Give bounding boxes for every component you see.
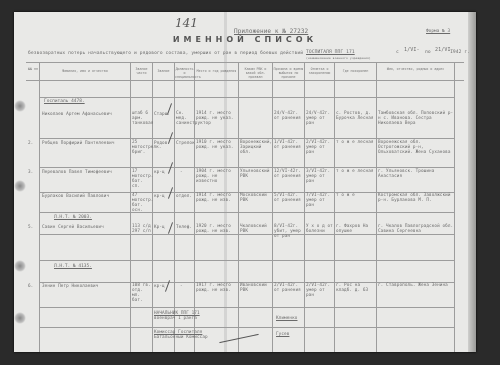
cell-number: 5.	[28, 225, 33, 230]
cell-name: Рябцев Порфирий Пантелеевич	[42, 141, 115, 146]
cell-kin: г. Ставрополь. Жена Зенина	[378, 283, 454, 288]
cell-role: отдел.	[176, 194, 192, 199]
cell-burial: 3/VI-42г. умер от ран	[306, 169, 334, 184]
row-rule	[39, 327, 454, 328]
cell-kin: г. Ульяновск. Трошина Анастасия	[378, 169, 454, 179]
table-top-rule	[26, 62, 464, 63]
punch-hole-mark	[14, 312, 26, 324]
col-divider	[304, 62, 305, 352]
cell-name: Перевалов Павел Тимофеевич	[42, 170, 112, 175]
cell-unit: 113 с/д 297 с/п	[132, 224, 152, 234]
cell-rvk: Воронежский, Зарицкий обл.	[240, 140, 272, 155]
cell-cause: 2/VI-42г. от ранения	[274, 283, 304, 293]
col-divider	[334, 62, 335, 352]
cell-cause: 12/VI-42г. от ранения	[274, 169, 304, 179]
document-title: ИМЕННОЙ СПИСОК	[14, 35, 476, 44]
unit-name: ТОСПИТАЛЯ ППГ 171	[306, 50, 355, 55]
signature-name: Гусев	[276, 332, 289, 337]
cell-role: -	[180, 170, 183, 175]
row-rule	[39, 260, 454, 261]
col-header-rvk: Каким РВК и какой обл. призван	[239, 67, 272, 79]
cell-burial: 2/VI-42г. умер от ран	[306, 283, 334, 298]
col-divider	[39, 62, 40, 352]
cell-kin: Тамбовская обл. Поповский р-н с. Иванова…	[378, 111, 454, 126]
document-subtitle: безвозвратных потерь начальствующего и р…	[28, 51, 303, 56]
col-divider	[238, 62, 239, 352]
page-edge	[468, 12, 476, 352]
page-number: 141	[175, 16, 198, 30]
cell-birth: 1910 г. место рожд. не указ.	[196, 140, 238, 150]
row-rule	[39, 138, 454, 139]
section-heading: Л.Н.Т. № 4135.	[54, 264, 92, 269]
cell-place: г. Фахров На опушке	[336, 224, 376, 234]
cell-number: 3.	[28, 170, 33, 175]
cell-birth: 1904 г. место рожд. не известно	[196, 169, 238, 184]
stamp-label: Приложение к № 27232	[234, 29, 308, 34]
signature-rank: военврач 1 ранга	[154, 316, 197, 321]
date-from-prefix: с	[396, 50, 399, 55]
cell-birth: 1917 г. место рожд. не изв.	[196, 283, 238, 293]
header-rule	[26, 80, 464, 81]
cell-place: с. Ростов, д. Бурочка Лесная	[336, 111, 376, 121]
col-header-cause: Причина и время выбытия по причине	[273, 67, 304, 79]
cell-rank: кр-ц	[154, 194, 165, 199]
section-heading: Л.Н.Т. № 2003.	[54, 215, 92, 220]
check-mark	[168, 222, 173, 234]
cell-cause: 5/VI-42г. от ранения	[274, 193, 304, 203]
signature-rank: Батальонный Комиссар	[154, 335, 208, 340]
row-rule	[39, 307, 454, 308]
cell-unit: штаб 6 арм. танковая	[132, 111, 152, 126]
row-rule	[39, 167, 454, 168]
col-header-burial: Отметка о захоронении	[305, 67, 334, 75]
col-divider	[272, 62, 273, 352]
cell-role: -	[180, 284, 183, 289]
col-header-place: Где похоронен	[335, 69, 376, 73]
cell-birth: 1914 г. место рожд. не изв.	[196, 193, 238, 203]
cell-name: Николаев Артем Афанасьевич	[42, 112, 112, 117]
punch-hole-mark	[14, 180, 26, 192]
row-rule	[39, 212, 454, 213]
punch-hole-mark	[14, 260, 26, 272]
cell-cause: 1/VI-42г. от ранения	[274, 140, 304, 150]
cell-kin: Воронежская обл. Острогожский р-н, Ольхо…	[378, 140, 454, 155]
date-from: 1/VI-	[404, 48, 420, 53]
cell-name: Савин Сергей Васильевич	[42, 225, 104, 230]
cell-number: 6.	[28, 284, 33, 289]
cell-kin: Костромская обл. Заволжский р-н. Бурлако…	[378, 193, 454, 203]
col-header-role: Должность и специальность	[175, 67, 194, 79]
year: 1942 г.	[450, 50, 470, 55]
cell-unit: 108 гв. отд. мл. бат.	[132, 283, 152, 303]
col-header-number: №№ пп	[27, 67, 39, 71]
cell-rvk: Ульяновский РВК	[240, 169, 272, 179]
cell-birth: 1920 г. место рожд. не изв.	[196, 224, 238, 234]
col-header-unit: Звание части	[131, 67, 152, 75]
cell-place: т о ж е	[336, 193, 376, 198]
cell-rvk: Чкаловский РВК	[240, 224, 272, 234]
col-divider	[152, 62, 153, 352]
cell-place: т о ж е лесная	[336, 140, 376, 145]
check-mark	[168, 187, 173, 199]
cell-burial: 2/VI-42г. умер от ран	[306, 140, 334, 155]
cell-rank: кр-ц	[154, 170, 165, 175]
check-mark	[168, 162, 173, 174]
cell-kin: г. Чкалов Павлоградской обл. Савина Серг…	[378, 224, 454, 234]
col-divider	[454, 62, 455, 352]
cell-unit: 25 мотострелк. бриг.	[132, 140, 152, 155]
col-divider	[130, 62, 131, 352]
col-header-rank: Звание	[153, 69, 174, 73]
cell-rvk: Ивановский РВК	[240, 283, 272, 293]
cell-cause: 24/V-42г. от ранения	[274, 111, 304, 121]
unit-caption: (наименование военного учреждения)	[306, 56, 371, 61]
cell-unit: 47 мотостр. бат. осн.	[132, 193, 152, 213]
form-label: Форма № 3	[426, 29, 450, 34]
cell-cause: 8/VI-42г. убит, умер от ран	[274, 224, 304, 239]
col-header-kin: Имя, отчество, родных и адрес	[377, 67, 454, 71]
cell-name: Бурлаков Василий Павлович	[42, 194, 109, 199]
cell-rank: Кр-ц	[154, 225, 165, 230]
col-divider	[376, 62, 377, 352]
cell-name: Зенин Петр Николаевич	[42, 284, 98, 289]
cell-burial: 24/V-42г. умер от ран	[306, 111, 334, 126]
cell-role: Стрелок	[176, 141, 195, 146]
row-rule	[39, 97, 454, 98]
col-header-birth: Место и год рождения	[195, 69, 238, 73]
cell-number: 2.	[28, 141, 33, 146]
col-header-name: Фамилия, имя и отчество	[40, 69, 130, 73]
document-page: 141 Приложение к № 27232 Форма № 3 ИМЕНН…	[14, 12, 476, 352]
col-divider	[194, 62, 195, 352]
cell-place: т о ж е лесная	[336, 169, 376, 174]
cell-unit: 17 мотостр. бат. сп.	[132, 169, 152, 189]
cell-role: Телеф.	[176, 225, 192, 230]
cell-rvk: Московский РВК	[240, 193, 272, 203]
cell-birth: 1914 г. место рожд. не указ.	[196, 111, 238, 121]
cell-role: Сн. мед. санинструктор	[176, 111, 194, 126]
section-heading: Госпиталь 4478.	[44, 99, 85, 104]
date-to-prefix: по	[425, 50, 431, 55]
cell-place: г. Рос на кладб. д. 63	[336, 283, 376, 293]
col-divider	[174, 62, 175, 352]
cell-burial: 7/VI-42г. умер от ран	[306, 193, 334, 208]
cell-burial: У х о д от болезни	[306, 224, 334, 234]
cell-rank: кр-ц	[154, 284, 165, 289]
signature-name: Клименко	[276, 316, 298, 321]
punch-hole-mark	[14, 100, 26, 112]
row-rule	[39, 234, 454, 235]
